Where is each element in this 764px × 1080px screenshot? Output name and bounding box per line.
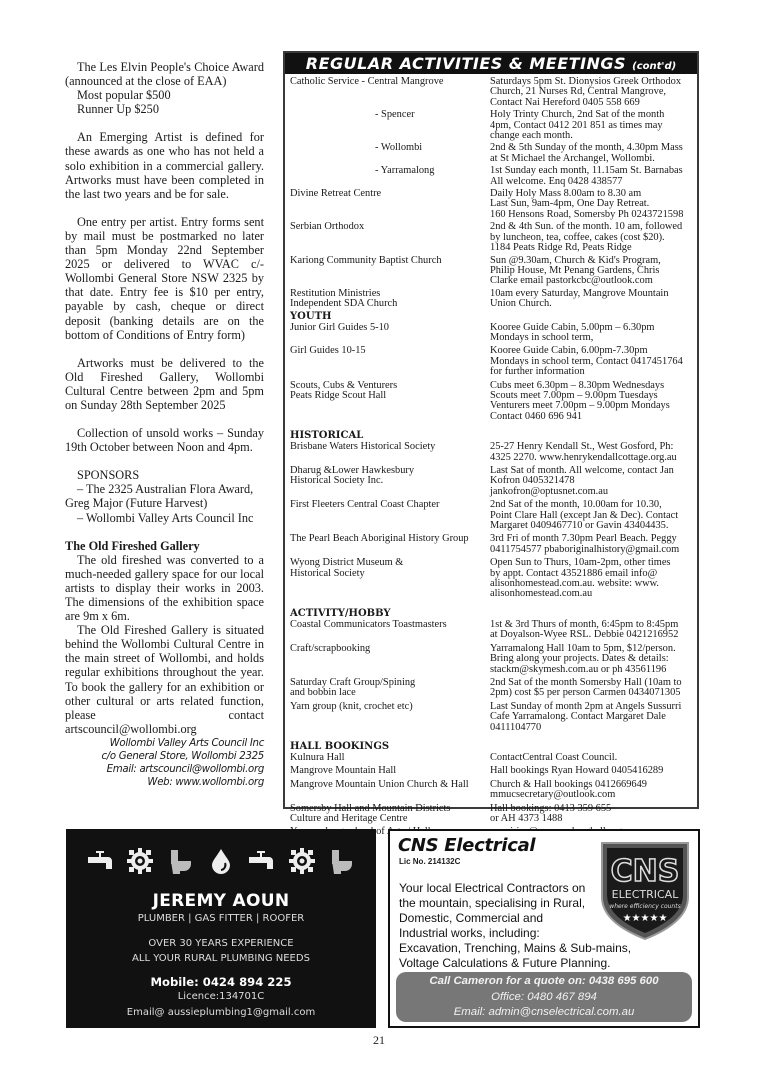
activity-detail: Last Sat of month. All welcome, contact … <box>490 466 692 497</box>
electrical-services: Excavation, Trenching, Mains & Sub-mains… <box>399 941 669 971</box>
activity-name: Wyong District Museum & Historical Socie… <box>290 558 490 600</box>
runner-up-prize: Runner Up $250 <box>65 102 264 116</box>
activities-title: REGULAR ACTIVITIES & MEETINGS <box>306 54 626 73</box>
gallery-paragraph: The old fireshed was converted to a much… <box>65 553 264 623</box>
electrical-email[interactable]: Email: admin@cnselectrical.com.au <box>396 1005 692 1021</box>
activity-name: - Spencer <box>290 110 490 141</box>
activity-row: Coastal Communicators Toastmasters1st & … <box>290 620 692 641</box>
plumber-experience: OVER 30 YEARS EXPERIENCE ALL YOUR RURAL … <box>66 936 376 966</box>
activity-row: Mangrove Mountain HallHall bookings Ryan… <box>290 766 692 776</box>
activity-detail: 1st & 3rd Thurs of month, 6:45pm to 8:45… <box>490 620 692 641</box>
sponsor-item: – The 2325 Australian Flora Award, Greg … <box>65 482 264 510</box>
activity-row: Divine Retreat CentreDaily Holy Mass 8.0… <box>290 189 692 220</box>
section-heading: YOUTH <box>290 311 692 323</box>
activity-detail: ContactCentral Coast Council. <box>490 753 692 763</box>
collection-text: Collection of unsold works – Sunday 19th… <box>65 426 264 454</box>
activity-row: Catholic Service - Central MangroveSatur… <box>290 77 692 108</box>
activity-name: Brisbane Waters Historical Society <box>290 442 490 463</box>
activity-row: Brisbane Waters Historical Society25-27 … <box>290 442 692 463</box>
activities-box: REGULAR ACTIVITIES & MEETINGS (cont'd) C… <box>283 51 699 809</box>
plumber-mobile: Mobile: 0424 894 225 <box>66 975 376 989</box>
toilet-icon <box>167 847 195 875</box>
electrical-ad: CNS Electrical Lic No. 214132C Your loca… <box>388 829 700 1028</box>
activity-name: Mangrove Mountain Hall <box>290 766 490 776</box>
left-column: The Les Elvin People's Choice Award (ann… <box>65 60 264 789</box>
electrical-contact-panel: Call Cameron for a quote on: 0438 695 60… <box>396 972 692 1022</box>
activity-detail: Yarramalong Hall 10am to 5pm, $12/person… <box>490 644 692 675</box>
activity-row: Craft/scrapbookingYarramalong Hall 10am … <box>290 644 692 675</box>
activity-row: - Yarramalong1st Sunday each month, 11.1… <box>290 166 692 187</box>
activity-detail: 1st Sunday each month, 11.15am St. Barna… <box>490 166 692 187</box>
activity-name: Coastal Communicators Toastmasters <box>290 620 490 641</box>
awards-intro: The Les Elvin People's Choice Award (ann… <box>65 60 264 88</box>
activity-row: Restitution Ministries Independent SDA C… <box>290 289 692 310</box>
activity-detail: 25-27 Henry Kendall St., West Gosford, P… <box>490 442 692 463</box>
emerging-artist-text: An Emerging Artist is defined for these … <box>65 130 264 200</box>
activity-detail: Open Sun to Thurs, 10am-2pm, other times… <box>490 558 692 600</box>
activity-detail: Saturdays 5pm St. Dionysios Greek Orthod… <box>490 77 692 108</box>
activity-detail: 2nd & 5th Sunday of the month, 4.30pm Ma… <box>490 143 692 164</box>
activity-name: Restitution Ministries Independent SDA C… <box>290 289 490 310</box>
activities-list: Catholic Service - Central MangroveSatur… <box>285 74 697 848</box>
activity-row: Saturday Craft Group/Spining and bobbin … <box>290 678 692 699</box>
activity-row: Scouts, Cubs & Venturers Peats Ridge Sco… <box>290 381 692 423</box>
signature-address: c/o General Store, Wollombi 2325 <box>65 750 264 763</box>
cns-logo-badge-icon: CNS ELECTRICAL where efficiency counts ★… <box>598 837 692 941</box>
activity-name: Divine Retreat Centre <box>290 189 490 220</box>
activity-detail: 2nd & 4th Sun. of the month. 10 am, foll… <box>490 222 692 253</box>
gear-icon <box>288 847 316 875</box>
activity-row: Kulnura HallContactCentral Coast Council… <box>290 753 692 763</box>
activity-detail: Daily Holy Mass 8.00am to 8.30 am Last S… <box>490 189 692 220</box>
activities-title-suffix: (cont'd) <box>632 61 676 72</box>
entry-text: One entry per artist. Entry forms sent b… <box>65 215 264 342</box>
electrical-call: Call Cameron for a quote on: 0438 695 60… <box>396 974 692 990</box>
gallery-paragraph: The Old Fireshed Gallery is situated beh… <box>65 623 264 736</box>
activity-detail: 2nd Sat of the month, 10.00am for 10.30,… <box>490 500 692 531</box>
activity-row: The Pearl Beach Aboriginal History Group… <box>290 534 692 555</box>
badge-logo-text: CNS <box>611 854 680 889</box>
activity-row: Yarn group (knit, crochet etc)Last Sunda… <box>290 702 692 733</box>
plumber-name: JEREMY AOUN <box>66 891 376 911</box>
gear-icon <box>126 847 154 875</box>
plumber-trades: PLUMBER | GAS FITTER | ROOFER <box>66 913 376 924</box>
signature-web[interactable]: Web: www.wollombi.org <box>65 776 264 789</box>
activity-detail: 10am every Saturday, Mangrove Mountain U… <box>490 289 692 310</box>
most-popular-prize: Most popular $500 <box>65 88 264 102</box>
activity-detail: Church & Hall bookings 0412669649 mmucse… <box>490 780 692 801</box>
activity-row: Kariong Community Baptist ChurchSun @9.3… <box>290 256 692 287</box>
activity-row: First Fleeters Central Coast Chapter2nd … <box>290 500 692 531</box>
activity-name: - Wollombi <box>290 143 490 164</box>
activity-name: Junior Girl Guides 5-10 <box>290 323 490 344</box>
tap-icon <box>247 847 275 875</box>
sponsors-heading: SPONSORS <box>65 468 264 482</box>
activity-detail: Cubs meet 6.30pm – 8.30pm Wednesdays Sco… <box>490 381 692 423</box>
activity-name: First Fleeters Central Coast Chapter <box>290 500 490 531</box>
activity-row: - Wollombi2nd & 5th Sunday of the month,… <box>290 143 692 164</box>
activity-row: Wyong District Museum & Historical Socie… <box>290 558 692 600</box>
activity-name: - Yarramalong <box>290 166 490 187</box>
activity-detail: Holy Trinty Church, 2nd Sat of the month… <box>490 110 692 141</box>
activity-name: Saturday Craft Group/Spining and bobbin … <box>290 678 490 699</box>
activity-name: Yarn group (knit, crochet etc) <box>290 702 490 733</box>
activity-name: Kulnura Hall <box>290 753 490 763</box>
activity-row: Somersby Hall and Mountain Districts Cul… <box>290 804 692 825</box>
electrical-description-text: Your local Electrical Contractors on the… <box>399 881 589 941</box>
activity-detail: Sun @9.30am, Church & Kid's Program, Phi… <box>490 256 692 287</box>
water-drop-icon <box>207 847 235 875</box>
activity-name: Scouts, Cubs & Venturers Peats Ridge Sco… <box>290 381 490 423</box>
activity-name: Mangrove Mountain Union Church & Hall <box>290 780 490 801</box>
electrical-title: CNS Electrical <box>398 835 535 856</box>
activity-detail: Hall bookings: 0413 359 655 or AH 4373 1… <box>490 804 692 825</box>
activity-name: Kariong Community Baptist Church <box>290 256 490 287</box>
activity-row: Mangrove Mountain Union Church & HallChu… <box>290 780 692 801</box>
signature-email[interactable]: Email: artscouncil@wollombi.org <box>65 763 264 776</box>
experience-line: OVER 30 YEARS EXPERIENCE <box>66 936 376 951</box>
activity-detail: Kooree Guide Cabin, 5.00pm – 6.30pm Mond… <box>490 323 692 344</box>
activity-row: - SpencerHoly Trinty Church, 2nd Sat of … <box>290 110 692 141</box>
delivery-text: Artworks must be delivered to the Old Fi… <box>65 356 264 412</box>
electrical-licence: Lic No. 214132C <box>399 857 460 866</box>
activity-name: Girl Guides 10-15 <box>290 346 490 377</box>
activity-row: Junior Girl Guides 5-10Kooree Guide Cabi… <box>290 323 692 344</box>
activity-detail: 2nd Sat of the month Somersby Hall (10am… <box>490 678 692 699</box>
electrical-office: Office: 0480 467 894 <box>396 990 692 1006</box>
svg-text:where efficiency counts: where efficiency counts <box>609 903 680 910</box>
activity-name: The Pearl Beach Aboriginal History Group <box>290 534 490 555</box>
tap-icon <box>86 847 114 875</box>
activity-row: Serbian Orthodox2nd & 4th Sun. of the mo… <box>290 222 692 253</box>
signature-org: Wollombi Valley Arts Council Inc <box>65 737 264 750</box>
activity-name: Dharug &Lower Hawkesbury Historical Soci… <box>290 466 490 497</box>
activity-detail: Kooree Guide Cabin, 6.00pm-7.30pm Monday… <box>490 346 692 377</box>
plumber-licence: Licence:134701C <box>66 989 376 1005</box>
experience-line: ALL YOUR RURAL PLUMBING NEEDS <box>66 951 376 966</box>
toilet-icon <box>328 847 356 875</box>
activity-detail: Last Sunday of month 2pm at Angels Sussu… <box>490 702 692 733</box>
plumbing-icons-row <box>66 829 376 881</box>
activity-name: Craft/scrapbooking <box>290 644 490 675</box>
svg-text:ELECTRICAL: ELECTRICAL <box>612 888 680 901</box>
activity-name: Somersby Hall and Mountain Districts Cul… <box>290 804 490 825</box>
svg-text:★★★★★: ★★★★★ <box>623 913 668 924</box>
sponsor-item: – Wollombi Valley Arts Council Inc <box>65 511 264 525</box>
activity-name: Serbian Orthodox <box>290 222 490 253</box>
activity-detail: 3rd Fri of month 7.30pm Pearl Beach. Peg… <box>490 534 692 555</box>
plumber-ad: JEREMY AOUN PLUMBER | GAS FITTER | ROOFE… <box>66 829 376 1028</box>
gallery-heading: The Old Fireshed Gallery <box>65 539 264 553</box>
activity-detail: Hall bookings Ryan Howard 0405416289 <box>490 766 692 776</box>
activity-row: Girl Guides 10-15Kooree Guide Cabin, 6.0… <box>290 346 692 377</box>
page-number: 21 <box>373 1033 385 1048</box>
plumber-email[interactable]: Email@ aussieplumbing1@gmail.com <box>66 1005 376 1021</box>
activity-name: Catholic Service - Central Mangrove <box>290 77 490 108</box>
activity-row: Dharug &Lower Hawkesbury Historical Soci… <box>290 466 692 497</box>
activities-title-bar: REGULAR ACTIVITIES & MEETINGS (cont'd) <box>285 53 697 74</box>
signature-block: Wollombi Valley Arts Council Inc c/o Gen… <box>65 737 264 789</box>
